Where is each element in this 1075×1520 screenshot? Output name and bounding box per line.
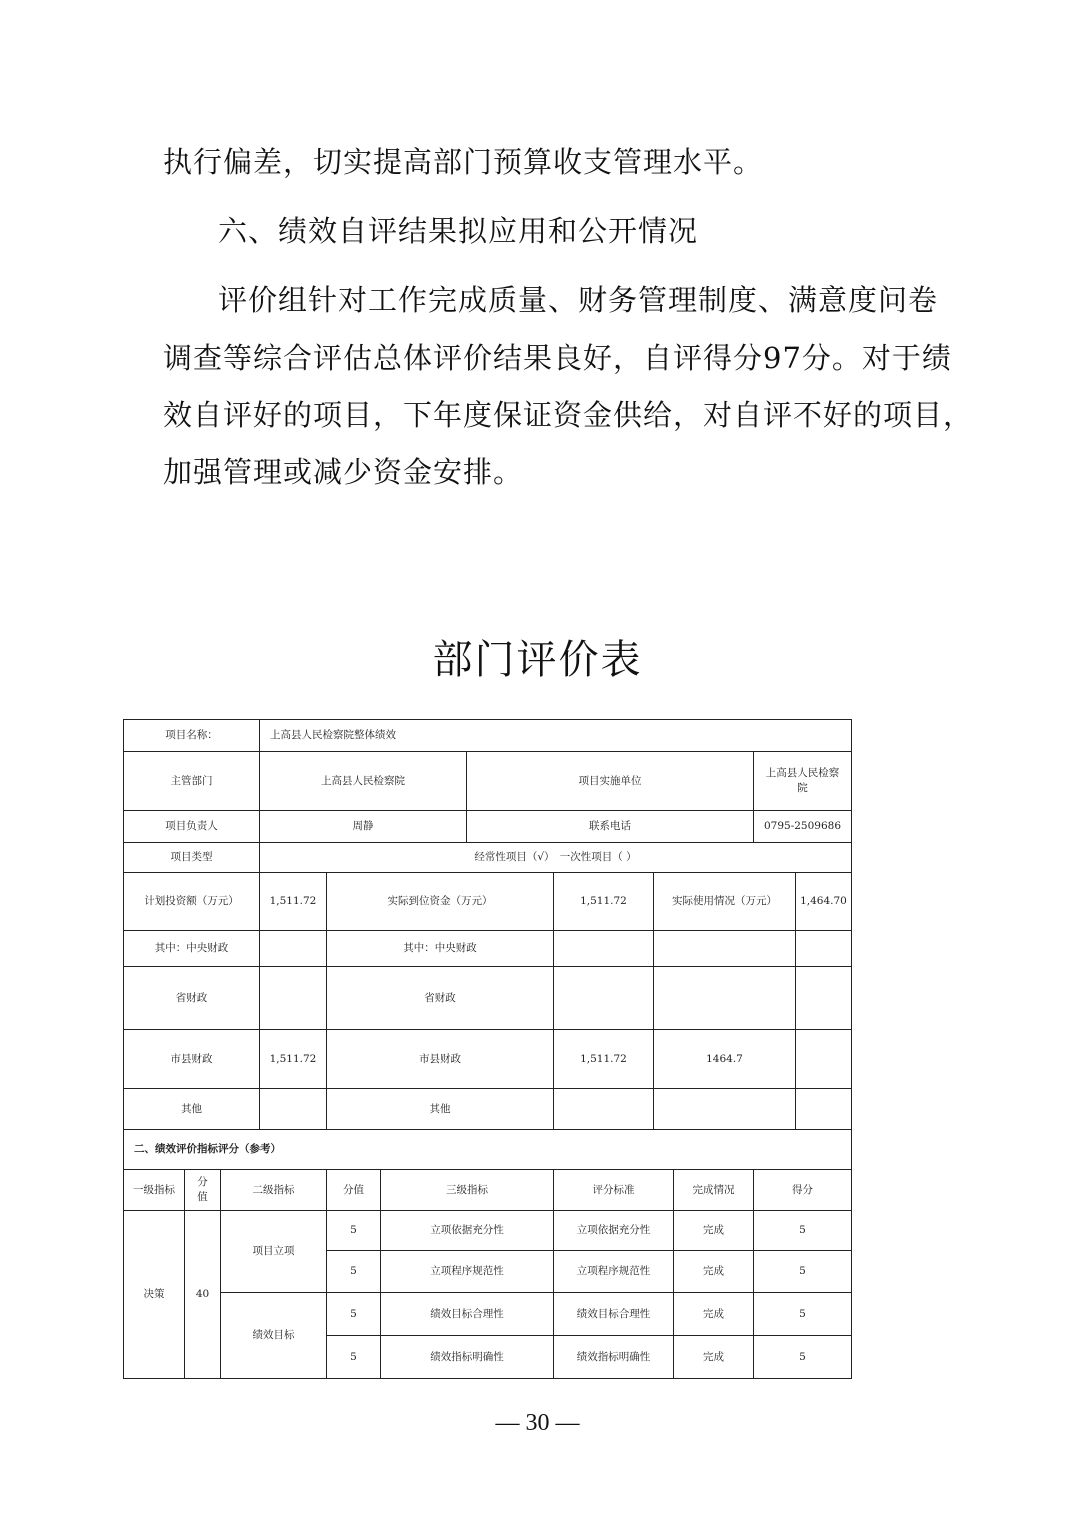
fund-row-extra <box>795 1088 852 1130</box>
owner-label: 项目负责人 <box>123 810 260 843</box>
type-label: 项目类型 <box>123 842 260 873</box>
evaluation-table: 项目名称： 上高县人民检察院整体绩效 主管部门 上高县人民检察院 项目实施单位 … <box>0 0 1075 1520</box>
phone-value: 0795-2509686 <box>753 810 852 843</box>
actual-label: 实际到位资金（万元） <box>326 872 554 931</box>
score-row-indicator: 绩效目标合理性 <box>380 1292 554 1336</box>
fund-row-label2: 省财政 <box>326 966 554 1030</box>
level1-name: 决策 <box>123 1210 185 1379</box>
header-level1: 一级指标 <box>123 1169 185 1211</box>
used-label: 实际使用情况（万元） <box>653 872 796 931</box>
fund-row-label2: 市县财政 <box>326 1029 554 1089</box>
header-level2: 二级指标 <box>220 1169 327 1211</box>
score-row-status: 完成 <box>673 1292 754 1336</box>
score-row-standard: 立项依据充分性 <box>553 1210 674 1251</box>
fund-row-planned: 1,511.72 <box>259 1029 327 1089</box>
fund-row-planned <box>259 930 327 967</box>
fund-row-used <box>653 930 796 967</box>
section2-title: 二、绩效评价指标评分（参考） <box>123 1129 852 1170</box>
score-row-score: 5 <box>326 1210 381 1251</box>
fund-row-actual <box>553 1088 654 1130</box>
fund-row-label: 市县财政 <box>123 1029 260 1089</box>
planned-label: 计划投资额（万元） <box>123 872 260 931</box>
impl-unit-value: 上高县人民检察院 <box>753 751 852 811</box>
fund-row-label: 省财政 <box>123 966 260 1030</box>
phone-label: 联系电话 <box>466 810 754 843</box>
score-row-score: 5 <box>326 1292 381 1336</box>
fund-row-extra <box>795 930 852 967</box>
score-row-status: 完成 <box>673 1335 754 1379</box>
fund-row-extra <box>795 1029 852 1089</box>
fund-row-actual: 1,511.72 <box>553 1029 654 1089</box>
level2-name: 绩效目标 <box>220 1292 327 1379</box>
type-value: 经常性项目（√） 一次性项目（ ） <box>259 842 852 873</box>
fund-row-label: 其他 <box>123 1088 260 1130</box>
page-number: — 30 — <box>0 1410 1075 1437</box>
level2-name: 项目立项 <box>220 1210 327 1293</box>
score-row-indicator: 立项程序规范性 <box>380 1250 554 1293</box>
score-row-status: 完成 <box>673 1210 754 1251</box>
score-row-result: 5 <box>753 1210 852 1251</box>
header-level1-score: 分值 <box>184 1169 221 1211</box>
fund-row-used <box>653 966 796 1030</box>
owner-value: 周静 <box>259 810 467 843</box>
header-standard: 评分标准 <box>553 1169 674 1211</box>
fund-row-extra <box>795 966 852 1030</box>
header-status: 完成情况 <box>673 1169 754 1211</box>
score-row-result: 5 <box>753 1292 852 1336</box>
score-row-score: 5 <box>326 1335 381 1379</box>
score-row-indicator: 绩效指标明确性 <box>380 1335 554 1379</box>
score-row-result: 5 <box>753 1335 852 1379</box>
fund-row-label2: 其他 <box>326 1088 554 1130</box>
score-row-indicator: 立项依据充分性 <box>380 1210 554 1251</box>
fund-row-actual <box>553 966 654 1030</box>
header-level3: 三级指标 <box>380 1169 554 1211</box>
fund-row-used: 1464.7 <box>653 1029 796 1089</box>
header-level2-score: 分值 <box>326 1169 381 1211</box>
impl-unit-label: 项目实施单位 <box>466 751 754 811</box>
fund-row-used <box>653 1088 796 1130</box>
project-name-value: 上高县人民检察院整体绩效 <box>259 719 852 752</box>
project-name-label: 项目名称： <box>123 719 260 752</box>
score-row-standard: 绩效指标明确性 <box>553 1335 674 1379</box>
level1-score: 40 <box>184 1210 221 1379</box>
header-result: 得分 <box>753 1169 852 1211</box>
score-row-score: 5 <box>326 1250 381 1293</box>
score-row-standard: 立项程序规范性 <box>553 1250 674 1293</box>
score-row-status: 完成 <box>673 1250 754 1293</box>
used-value: 1,464.70 <box>795 872 852 931</box>
planned-value: 1,511.72 <box>259 872 327 931</box>
supervisor-value: 上高县人民检察院 <box>259 751 467 811</box>
fund-row-label: 其中：中央财政 <box>123 930 260 967</box>
fund-row-planned <box>259 1088 327 1130</box>
fund-row-label2: 其中：中央财政 <box>326 930 554 967</box>
actual-value: 1,511.72 <box>553 872 654 931</box>
score-row-result: 5 <box>753 1250 852 1293</box>
fund-row-actual <box>553 930 654 967</box>
score-row-standard: 绩效目标合理性 <box>553 1292 674 1336</box>
supervisor-label: 主管部门 <box>123 751 260 811</box>
fund-row-planned <box>259 966 327 1030</box>
